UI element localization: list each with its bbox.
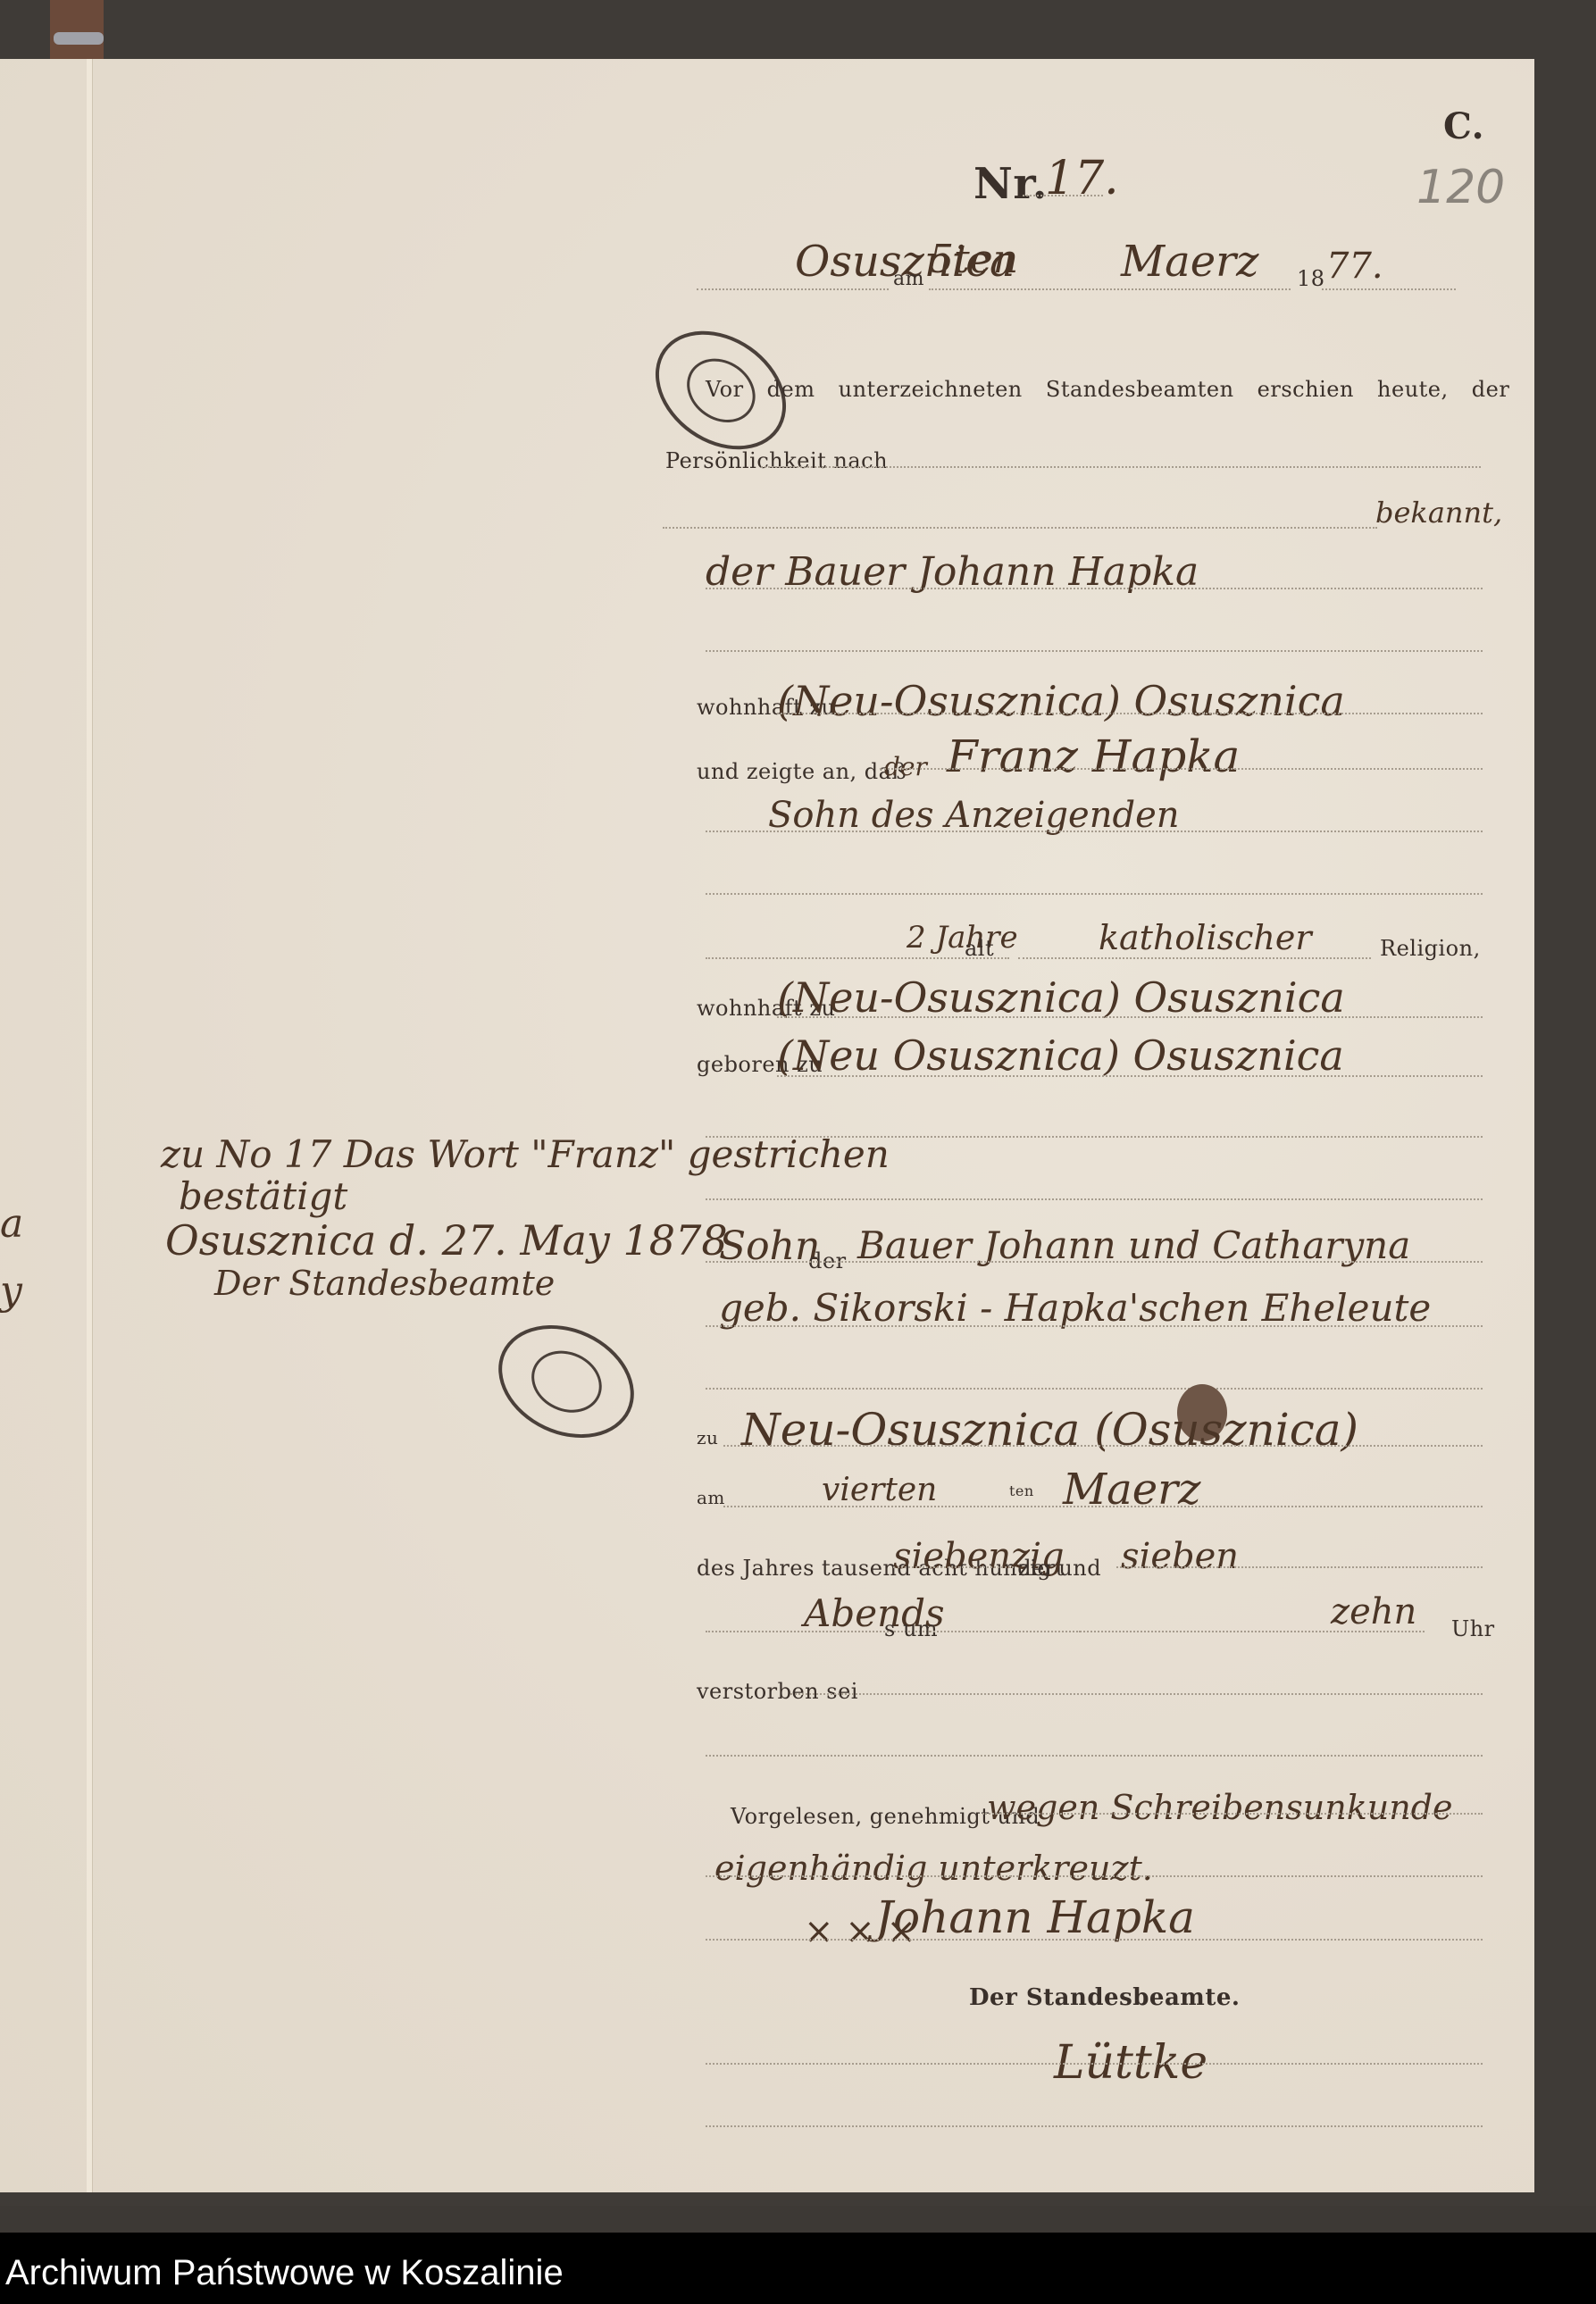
dotted-line (1018, 957, 1371, 959)
died-label: verstorben sei (697, 1679, 858, 1704)
dotted-line (777, 713, 1483, 714)
margin-note-line: Der Standesbeamte (214, 1264, 555, 1303)
date-day: 5ten (929, 237, 1018, 282)
margin-note-line: bestätigt (179, 1174, 347, 1218)
dotted-line (1322, 288, 1456, 290)
religion-value: katholischer (1099, 918, 1312, 957)
form-letter: C. (1443, 105, 1484, 147)
dotted-line (706, 1388, 1483, 1390)
dotted-line (706, 1875, 1483, 1877)
dotted-line (777, 1016, 1483, 1018)
left-page-fragment: a (0, 1201, 23, 1247)
dotted-line (663, 527, 1377, 529)
registrar-label: Der Standesbeamte. (969, 1984, 1240, 2011)
closing-handwritten-2: eigenhändig unterkreuzt. (714, 1849, 1153, 1888)
deceased-residence-value: (Neu-Osusznica) Osusznica (777, 973, 1345, 1022)
residence-value: (Neu-Osusznica) Osusznica (777, 677, 1345, 725)
deceased-prefix: der (884, 752, 927, 781)
closing-handwritten-1: wegen Schreibensunkunde (987, 1788, 1453, 1827)
dotted-line (982, 1813, 1483, 1815)
date-month: Maerz (1121, 237, 1258, 287)
dotted-line (706, 588, 1483, 589)
intro-line: Vor dem unterzeichneten Standesbeamten e… (706, 377, 1492, 402)
dotted-line (706, 2063, 1483, 2065)
identity-value: bekannt, (1375, 496, 1502, 530)
birthplace-value: (Neu Osusznica) Osusznica (777, 1031, 1344, 1080)
hour-label: Uhr (1451, 1616, 1495, 1641)
dotted-line (929, 288, 1291, 290)
dotted-line (706, 831, 1483, 832)
deceased-name: Franz Hapka (947, 730, 1240, 782)
dotted-line (790, 1693, 1483, 1695)
date-year-prefix: 18 (1297, 266, 1325, 291)
year-words-zig: zig und (1018, 1556, 1101, 1581)
dotted-line (706, 1261, 1483, 1263)
dotted-line (893, 1566, 1014, 1568)
binding-thread (54, 32, 104, 45)
death-day-suffix: ten (1009, 1482, 1034, 1499)
hour-value: zehn (1331, 1591, 1416, 1632)
dotted-line (706, 957, 1009, 959)
archive-folio-number: 120 (1416, 161, 1505, 214)
date-year-suffix: 77. (1326, 246, 1383, 287)
dotted-line (1023, 195, 1103, 196)
identity-label: Persönlichkeit nach (665, 448, 888, 473)
dotted-line (723, 1506, 1483, 1507)
death-day-value: vierten (822, 1472, 937, 1508)
margin-note-line: zu No 17 Das Wort "Franz" gestrichen (161, 1132, 890, 1176)
dotted-line (880, 768, 1483, 770)
dotted-line (706, 893, 1483, 895)
dotted-line (706, 1198, 1483, 1200)
dotted-line (761, 466, 1481, 468)
parents-line-2: geb. Sikorski - Hapka'schen Eheleute (719, 1286, 1431, 1330)
dotted-line (1116, 1566, 1483, 1568)
dotted-line (706, 2125, 1483, 2127)
left-page-edge (87, 59, 93, 2192)
dotted-line (723, 1445, 1483, 1447)
age-value: 2 Jahre (907, 920, 1018, 956)
book-binding (50, 0, 104, 59)
archive-caption: Archiwum Państwowe w Koszalinie (5, 2253, 564, 2293)
report-label: und zeigte an, daß (697, 759, 907, 784)
year-words-units: sieben (1121, 1536, 1239, 1577)
time-um-label: s um (884, 1616, 938, 1641)
dotted-line (706, 1325, 1483, 1327)
death-day-label: am (697, 1487, 725, 1508)
left-page-fragment: y (0, 1268, 22, 1314)
record-number: 17. (1045, 152, 1119, 205)
dotted-line (706, 650, 1483, 652)
informant-signature: Johann Hapka (875, 1891, 1195, 1943)
death-place-label: zu (697, 1427, 718, 1448)
dotted-line (777, 1075, 1483, 1077)
dotted-line (706, 1755, 1483, 1757)
dotted-line (697, 288, 889, 290)
record-number-label: Nr. (973, 159, 1048, 209)
dotted-line (706, 1939, 1483, 1941)
religion-label: Religion, (1380, 936, 1481, 961)
death-place-value: Neu-Osusznica (Osusznica) (741, 1404, 1358, 1456)
margin-note-line: Osusznica d. 27. May 1878 (165, 1216, 728, 1265)
date-am-label: am (893, 268, 924, 290)
age-label: alt (965, 936, 994, 961)
